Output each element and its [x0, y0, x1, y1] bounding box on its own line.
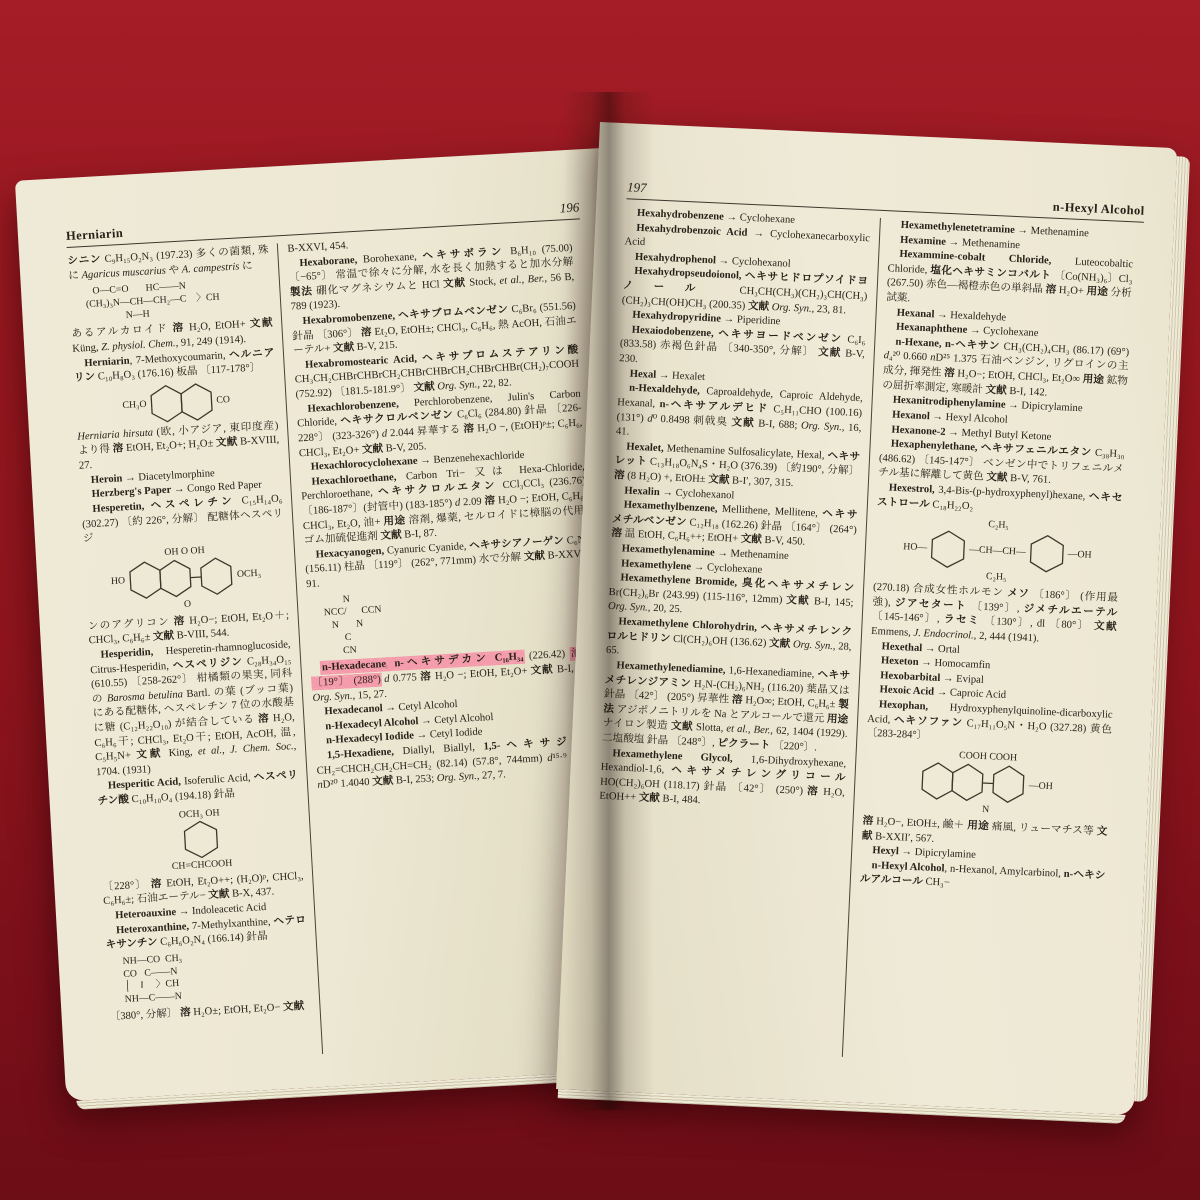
entry-text-segment: Hesperetin,: [92, 501, 144, 515]
entry-text-segment: Org. Syn.: [312, 690, 352, 703]
right-page-column-1: Hexahydrobenzene → CyclohexaneHexahydrob…: [588, 206, 880, 1057]
entry-text-segment: → Piperidine: [721, 314, 781, 328]
entry-text-segment: Hexaborane,: [299, 254, 357, 268]
entry-text-segment: Hexyl: [872, 845, 899, 857]
benzene-ring-art: [930, 529, 966, 569]
entry-text-segment: Heteroauxine: [115, 907, 177, 921]
entry-text-segment: Hesperidin,: [100, 647, 153, 661]
entry-text-segment: Hexamine: [900, 234, 946, 247]
entry-text-segment: B-I, 484.: [660, 794, 701, 807]
entry-text-segment: 文献: [985, 384, 1007, 396]
entry-text-segment: ラセミ: [944, 615, 981, 628]
entry-text-segment: Herniaria hirsuta: [77, 427, 153, 442]
entry-text-segment: 文献: [443, 278, 466, 290]
entry-text-segment: → Cyclohexanol: [659, 487, 734, 501]
entry-text-segment: 〔220°〕.: [770, 740, 817, 753]
running-head-right: n-Hexyl Alcohol: [1052, 200, 1144, 219]
entry-text-segment: 文献: [333, 342, 355, 354]
structure-label: OCH₃: [237, 567, 262, 582]
entry-text-segment: 溶: [807, 786, 820, 798]
entry-text-segment: H₂O, EtOH+: [185, 319, 251, 334]
entry-text-segment: H₂O+: [1056, 285, 1087, 297]
entry-text-segment: → Cyclohexane: [691, 561, 763, 575]
entry-text-segment: → Indoleacetic Acid: [176, 902, 267, 918]
running-head-left: Herniarin: [66, 226, 124, 244]
entry-text-segment: → Cetyl Alcohol: [382, 699, 458, 714]
entry-text-segment: B-V, 205.: [383, 441, 427, 454]
entry-text-segment: → Methenamine: [714, 548, 789, 562]
entry-text-segment: 用途: [827, 714, 849, 726]
entry-text-segment: Hexanal: [897, 307, 935, 320]
entry-text-segment: Hexamethylene: [621, 558, 691, 572]
page-number-right: 197: [627, 179, 647, 196]
entry-text-segment: → Cetyl Alcohol: [418, 712, 494, 727]
open-book: Herniarin 196 シニン C₉H₁₅O₂N₃ (197.23) 多くの…: [0, 0, 1200, 1200]
entry-text-segment: ヘキサボラン: [422, 246, 505, 262]
entry-text-segment: 溶: [484, 495, 495, 507]
entry-text-segment: 溶: [944, 368, 955, 379]
entry-text-segment: ヘスペレチン: [150, 496, 235, 512]
entry-text-segment: Hexalet,: [626, 441, 664, 454]
entry-text-segment: 文献: [216, 437, 238, 449]
entry-text-segment: Hexeton: [881, 656, 919, 669]
entry-text-segment: 文献: [372, 776, 394, 788]
entry-text-segment: 〔380°, 分解〕: [109, 1008, 180, 1023]
entry-text-segment: Hexanol: [892, 409, 930, 422]
entry-text-segment: → Methenamine: [1015, 225, 1090, 239]
dictionary-entry: Hesperidin, Hesperetin-rhamnoglucoside, …: [89, 638, 297, 781]
entry-text-segment: Küng,: [72, 342, 101, 355]
entry-text-segment: Heteroxanthine,: [116, 921, 190, 936]
entry-text-segment: Hexanaphthene: [896, 322, 968, 336]
entry-text-segment: ⁰ 0.8498 刺戟臭: [652, 413, 731, 428]
entry-text-segment: King,: [163, 747, 198, 760]
entry-text-segment: Hexestrol,: [889, 482, 935, 495]
entry-text-segment: 文献: [818, 348, 842, 360]
chemical-structure: NH—CO CH₃CO C——N│ ‖ 〉CHNH—C——N: [122, 945, 310, 1006]
entry-text-segment: Hesperitic Acid,: [108, 777, 181, 792]
dictionary-entry: (270.18) 合成女性ホルモン メソ 〔186°〕 (作用最強), ジアセタ…: [871, 581, 1118, 650]
dictionary-entry: n-Hexane, n-ヘキサン CH₃(CH₂)₄CH₃ (86.17) (6…: [882, 335, 1129, 404]
entry-text-segment: B-I, 87.: [401, 528, 437, 541]
structure-label: CH₃O: [122, 398, 147, 413]
entry-text-segment: , 27, 7.: [476, 770, 506, 783]
entry-text-segment: 文献: [1094, 621, 1117, 633]
entry-text-segment: Hexaiodobenzene,: [631, 325, 714, 340]
dictionary-entry: Hexammine-cobalt Chloride, Luteocobaltic…: [886, 247, 1133, 316]
entry-text-segment: 製法: [290, 286, 313, 298]
entry-text-segment: 文献: [283, 1001, 305, 1013]
entry-text-segment: Emmens,: [871, 626, 914, 639]
entry-text-segment: 文献: [986, 472, 1008, 484]
entry-text-segment: CH₃−: [923, 877, 951, 889]
entry-text-segment: 文献: [671, 721, 693, 733]
entry-text-segment: Z. physiol. Chem.: [101, 338, 176, 353]
entry-text-segment: (270.18) 合成女性ホルモン: [873, 582, 1008, 599]
entry-text-segment: ヘキサフェニルエタン: [981, 443, 1092, 459]
entry-text-segment: 用途: [1082, 374, 1104, 386]
entry-text-segment: B-V, 450.: [762, 535, 806, 548]
entry-text-segment: → Hexalet: [656, 370, 705, 383]
entry-text-segment: Hexahydropseudoionol,: [634, 266, 742, 282]
chemical-structure: O—C=O HC——N(CH₃)₃N—CH—CH₂—C 〉CH N—H: [85, 276, 272, 324]
entry-text-segment: 文献: [731, 417, 755, 429]
entry-text-segment: Slotta,: [693, 722, 727, 735]
entry-text-segment: EtOH, Et₂O+; H₂O±: [123, 438, 216, 454]
structure-label: —OH: [1067, 548, 1092, 563]
entry-text-segment: Borohexane,: [357, 251, 423, 266]
dictionary-entry: Hexamethylene Glycol, 1,6-Dihydroxyhexan…: [599, 746, 846, 815]
entry-text-segment: 文献: [740, 534, 762, 546]
entry-text-segment: H₂O−, EtOH±, 鹼＋: [873, 816, 967, 831]
entry-text-segment: Hexamethylenediamine,: [616, 660, 726, 676]
entry-text-segment: (226.42): [523, 649, 571, 663]
entry-text-segment: 溶: [614, 470, 625, 481]
entry-text-segment: Org. Syn.: [608, 601, 648, 614]
entry-text-segment: 〔139°〕,: [967, 601, 1024, 615]
entry-text-segment: → Ortal: [922, 643, 960, 656]
entry-text-segment: 溶: [173, 616, 185, 628]
entry-text-segment: 溶: [611, 528, 622, 539]
entry-text-segment: Hexahydropyridine: [632, 310, 721, 325]
fused-rings-plus-ring-art: [128, 556, 234, 602]
entry-text-segment: J. Endocrinol.: [913, 628, 974, 642]
entry-text-segment: (8 H₂O) +, EtOH±: [624, 470, 708, 485]
entry-text-segment: → Cetyl Iodide: [414, 727, 483, 742]
entry-text-segment: Bartl. の葉 (ブッコ葉) にある配糖体, ヘスペレチン 7 位の水酸基に…: [93, 683, 295, 734]
entry-text-segment: → Hexaldehyde: [934, 309, 1006, 323]
entry-text-segment: → Cyclohexanol: [716, 255, 791, 269]
entry-text-segment: Hexal: [629, 368, 656, 380]
entry-text-segment: Hexachloroethane,: [311, 472, 396, 488]
entry-text-segment: et al., Ber.: [726, 724, 771, 737]
entry-text-segment: n-Hexaldehyde,: [629, 383, 700, 397]
page-edges-bottom-right: [558, 1089, 1126, 1124]
entry-text-segment: → Evipal: [940, 673, 984, 686]
entry-text-segment: → Cyclohexane: [967, 325, 1039, 339]
entry-text-segment: n-Hexane,: [895, 337, 942, 350]
entry-text-segment: B-I, 145;: [810, 596, 854, 609]
entry-text-segment: 痛風, リューマチス等: [989, 821, 1097, 837]
entry-text-segment: B-XXVI, 454.: [287, 240, 348, 254]
entry-text-segment: A. campestris: [181, 261, 239, 275]
page-edges-fore-edge: [1134, 156, 1190, 1102]
entry-text-segment: n-ヘキサン: [945, 339, 1001, 352]
entry-text-segment: , 22, 82.: [477, 378, 512, 391]
entry-text-segment: B-XXII′, 567.: [872, 831, 934, 845]
entry-text-segment: → Dipicrylamine: [1005, 400, 1083, 414]
entry-text-segment: ヘキソファン: [894, 715, 963, 729]
entry-text-segment: 文献: [250, 318, 273, 330]
entry-text-segment: 文献: [530, 664, 553, 676]
entry-text-segment: Hexethal: [881, 641, 922, 654]
chemical-structure: COOH COOH—OHN: [863, 745, 1111, 823]
entry-text-segment: 文献: [786, 595, 810, 607]
entry-text-segment: Org. Syn.: [801, 420, 842, 433]
entry-text-segment: Org. Syn.: [437, 771, 477, 784]
entry-text-segment: 1,6-Hexanediamine,: [725, 665, 817, 680]
benzene-ring-art: [183, 820, 219, 860]
entry-text-segment: Hexoic Acid: [879, 685, 934, 698]
entry-text-segment: 文献: [136, 749, 163, 761]
structure-label: HO—: [903, 540, 928, 555]
entry-text-segment: 〔130°〕, dl 〔80°〕: [980, 616, 1094, 632]
entry-text-segment: Herniarin: [84, 355, 130, 369]
entry-text-segment: C₁₀H₁₀O₄ (194.18) 針晶: [129, 789, 236, 806]
entry-text-segment: 文献: [769, 638, 791, 650]
right-page-body: Hexahydrobenzene → CyclohexaneHexahydrob…: [588, 206, 1144, 1069]
entry-text-segment: 文献: [413, 382, 435, 394]
entry-text-segment: , 20, 25.: [648, 603, 683, 616]
structure-label: —CH—CH—: [969, 543, 1026, 559]
entry-text-segment: 文献: [380, 530, 402, 542]
entry-text-segment: ヘスペリジン: [172, 656, 243, 671]
entry-text-segment: ジメチルエーテル: [1023, 604, 1117, 619]
entry-text-segment: Hexophan,: [879, 699, 929, 712]
entry-text-segment: B-VIII, 544.: [174, 628, 230, 642]
entry-text-segment: H₂O−; EtOH, CHCl₃, Et₂O∞: [954, 368, 1082, 385]
entry-text-segment: Hexalin: [624, 485, 660, 498]
fused-rings-plus-ring-art: [920, 761, 1026, 806]
entry-text-segment: n-ヘキサアルデヒド: [659, 399, 769, 415]
structure-label: HO: [111, 575, 126, 589]
entry-text-segment: → Hexyl Alcohol: [930, 411, 1008, 426]
entry-text-segment: , 2, 444 (1941).: [974, 631, 1040, 645]
chemical-structure: NNCC/ CCN N N C CN: [323, 580, 595, 659]
entry-text-segment: Org. Syn.: [793, 639, 833, 652]
entry-text-segment: 1,5-Hexadiene,: [327, 747, 395, 762]
entry-text-segment: シニン: [67, 254, 101, 267]
entry-text-segment: Stock,: [466, 276, 500, 289]
entry-text-segment: Hexahydrobenzene: [637, 208, 724, 223]
entry-text-segment: 溶: [463, 423, 475, 435]
entry-text-segment: 溶: [732, 695, 743, 706]
entry-text-segment: Hexanone-2: [891, 424, 946, 437]
entry-text-segment: Mellithene, Mellitene,: [717, 504, 822, 520]
entry-text-segment: Hexaphenylethane,: [891, 439, 978, 454]
entry-text-segment: B-V, 761.: [1007, 473, 1051, 486]
entry-text-segment: B-I, 688;: [754, 418, 801, 431]
entry-text-segment: Org. Syn.: [772, 302, 812, 315]
entry-text-segment: B-X, 437.: [229, 887, 274, 900]
entry-text-segment: 2.044 昇華する: [387, 424, 464, 439]
entry-text-segment: Hexacyanogen,: [315, 546, 384, 561]
entry-text-segment: → Caproic Acid: [934, 687, 1007, 701]
entry-text-segment: B-I, 253;: [393, 773, 437, 786]
entry-text-segment: B-I, 142.: [1006, 385, 1047, 398]
entry-text-segment: → Dipicrylamine: [899, 846, 977, 860]
entry-text-segment: Barosma betulina: [107, 689, 184, 704]
entry-text-segment: や: [166, 264, 182, 276]
entry-text-segment: メソ: [1007, 588, 1030, 600]
left-page: Herniarin 196 シニン C₉H₁₅O₂N₃ (197.23) 多くの…: [15, 148, 654, 1101]
entry-text-segment: B-I′, 307, 315.: [729, 475, 794, 489]
chemical-structure: C₂H₅HO——CH—CH——OHC₂H₅: [874, 513, 1122, 589]
entry-text-segment: H₂O∞; EtOH, C₆H₆±: [742, 695, 838, 710]
entry-text-segment: Hexamethylenetetramine: [901, 220, 1016, 236]
chemical-structure: OH O OHHOOCH₃O: [84, 539, 289, 617]
entry-text-segment: 溶: [862, 816, 873, 827]
entry-text-segment: 硼化マグネシウムと HCl: [312, 279, 443, 297]
entry-text-segment: Org. Syn.: [437, 379, 477, 392]
entry-text-segment: ₄²⁰ 0.660: [889, 351, 931, 364]
entry-text-segment: 文献: [362, 443, 384, 455]
entry-text-segment: et al., J. Chem. Soc.: [198, 741, 294, 757]
entry-text-segment: 0.775: [389, 672, 420, 685]
entry-text-segment: 文献: [524, 551, 546, 563]
entry-text-segment: 溶: [180, 1007, 191, 1019]
dictionary-entry: Hexamethylenediamine, 1,6-Hexanediamine,…: [602, 659, 851, 758]
entry-text-segment: ピクラート: [717, 738, 770, 751]
entry-text-segment: Isoferulic Acid,: [181, 773, 255, 788]
entry-text-segment: n-Hexadecane,: [322, 659, 389, 674]
chemical-structure: OCH₃ OHCH=CHCOOH: [98, 802, 303, 878]
entry-text-segment: H₂O±; EtOH, Et₂O−: [190, 1002, 283, 1018]
entry-text-segment: Cl(CH₂)₆OH (136.62): [670, 633, 769, 648]
dictionary-entry: n-Hexaldehyde, Caproaldehyde, Caproic Al…: [616, 381, 863, 450]
entry-text-segment: 溶: [361, 327, 372, 339]
entry-text-segment: 文献: [748, 301, 770, 313]
entry-text-segment: ナイロン製造: [602, 718, 671, 732]
entry-text-segment: ジアセタート: [895, 598, 968, 612]
entry-text-segment: 溶: [151, 878, 163, 890]
entry-text-segment: , 15, 27.: [352, 688, 387, 701]
page-number-left: 196: [559, 199, 579, 216]
entry-text-segment: あるアルカロイド: [71, 324, 173, 341]
photo-background: Herniarin 196 シニン C₉H₁₅O₂N₃ (197.23) 多くの…: [0, 0, 1200, 1200]
entry-text-segment: C₁₈H₂₂O₂: [930, 499, 974, 512]
right-page: 197 n-Hexyl Alcohol Hexahydrobenzene → C…: [556, 122, 1177, 1115]
entry-text-segment: C₆H₆O₂N₄ (166.14) 針晶: [157, 931, 268, 948]
left-page-body: シニン C₉H₁₅O₂N₃ (197.23) 多くの菌類, 殊に Agaricu…: [67, 226, 626, 1065]
entry-text-segment: Hexadecanol: [324, 703, 383, 717]
entry-text-segment: 臭化ヘキサメチレン: [742, 578, 855, 594]
entry-text-segment: Hexobarbital: [880, 670, 940, 684]
entry-text-segment: 文献: [638, 793, 660, 805]
entry-text-segment: Hexamethylenamine: [622, 543, 715, 558]
entry-text-segment: Hexahydrophenol: [635, 252, 716, 267]
entry-text-segment: , 23, 81.: [811, 303, 846, 316]
entry-text-segment: Hexabromobenzene,: [302, 311, 395, 327]
entry-text-segment: Herzberg's Paper: [91, 485, 171, 500]
entry-text-segment: , 91, 249 (1914).: [175, 334, 246, 349]
entry-text-segment: 文献: [208, 889, 230, 901]
right-page-column-2: Hexamethylenetetramine → MethenamineHexa…: [842, 218, 1144, 1069]
entry-text-segment: Agaricus muscarius: [81, 265, 166, 281]
entry-text-segment: → Cyclohexane: [724, 212, 796, 226]
entry-text-segment: H₂O −; EtOH, Et₂O+: [431, 666, 531, 683]
entry-text-segment: n-Hexyl Alcohol: [871, 860, 944, 874]
fused-rings-art: [149, 382, 213, 423]
entry-text-segment: → Methenamine: [946, 236, 1021, 250]
entry-text-segment: 2.09: [460, 496, 485, 508]
entry-text-segment: 文献: [153, 631, 175, 643]
entry-text-segment: Diallyl, Biallyl,: [394, 742, 484, 758]
entry-text-segment: D²⁰ 1.4040: [322, 777, 372, 791]
entry-text-segment: Heroin: [91, 473, 123, 486]
entry-text-segment: ンのアグリコン: [88, 616, 174, 632]
entry-text-segment: → Homocamfin: [918, 657, 990, 671]
entry-text-segment: 文献: [708, 474, 730, 486]
entry-text-segment: 用途: [1086, 287, 1108, 299]
entry-text-segment: 溶: [258, 713, 270, 725]
benzene-ring-art: [1029, 534, 1065, 574]
entry-text-segment: Hexamethylbenzene,: [624, 500, 718, 515]
entry-text-segment: Cyanuric Cyanide,: [384, 541, 470, 557]
entry-text-segment: B-V, 215.: [354, 340, 398, 353]
entry-text-segment: 用途: [967, 820, 989, 832]
entry-text-segment: 〔228°〕: [102, 879, 151, 893]
entry-text-segment: に: [239, 260, 253, 272]
structure-label: —OH: [1029, 779, 1054, 794]
entry-text-segment: et al., Ber.: [499, 273, 544, 286]
entry-text-segment: 〔145-146°〕,: [872, 611, 945, 625]
entry-text-segment: 用途: [383, 515, 406, 527]
structure-label: CO: [216, 393, 230, 407]
